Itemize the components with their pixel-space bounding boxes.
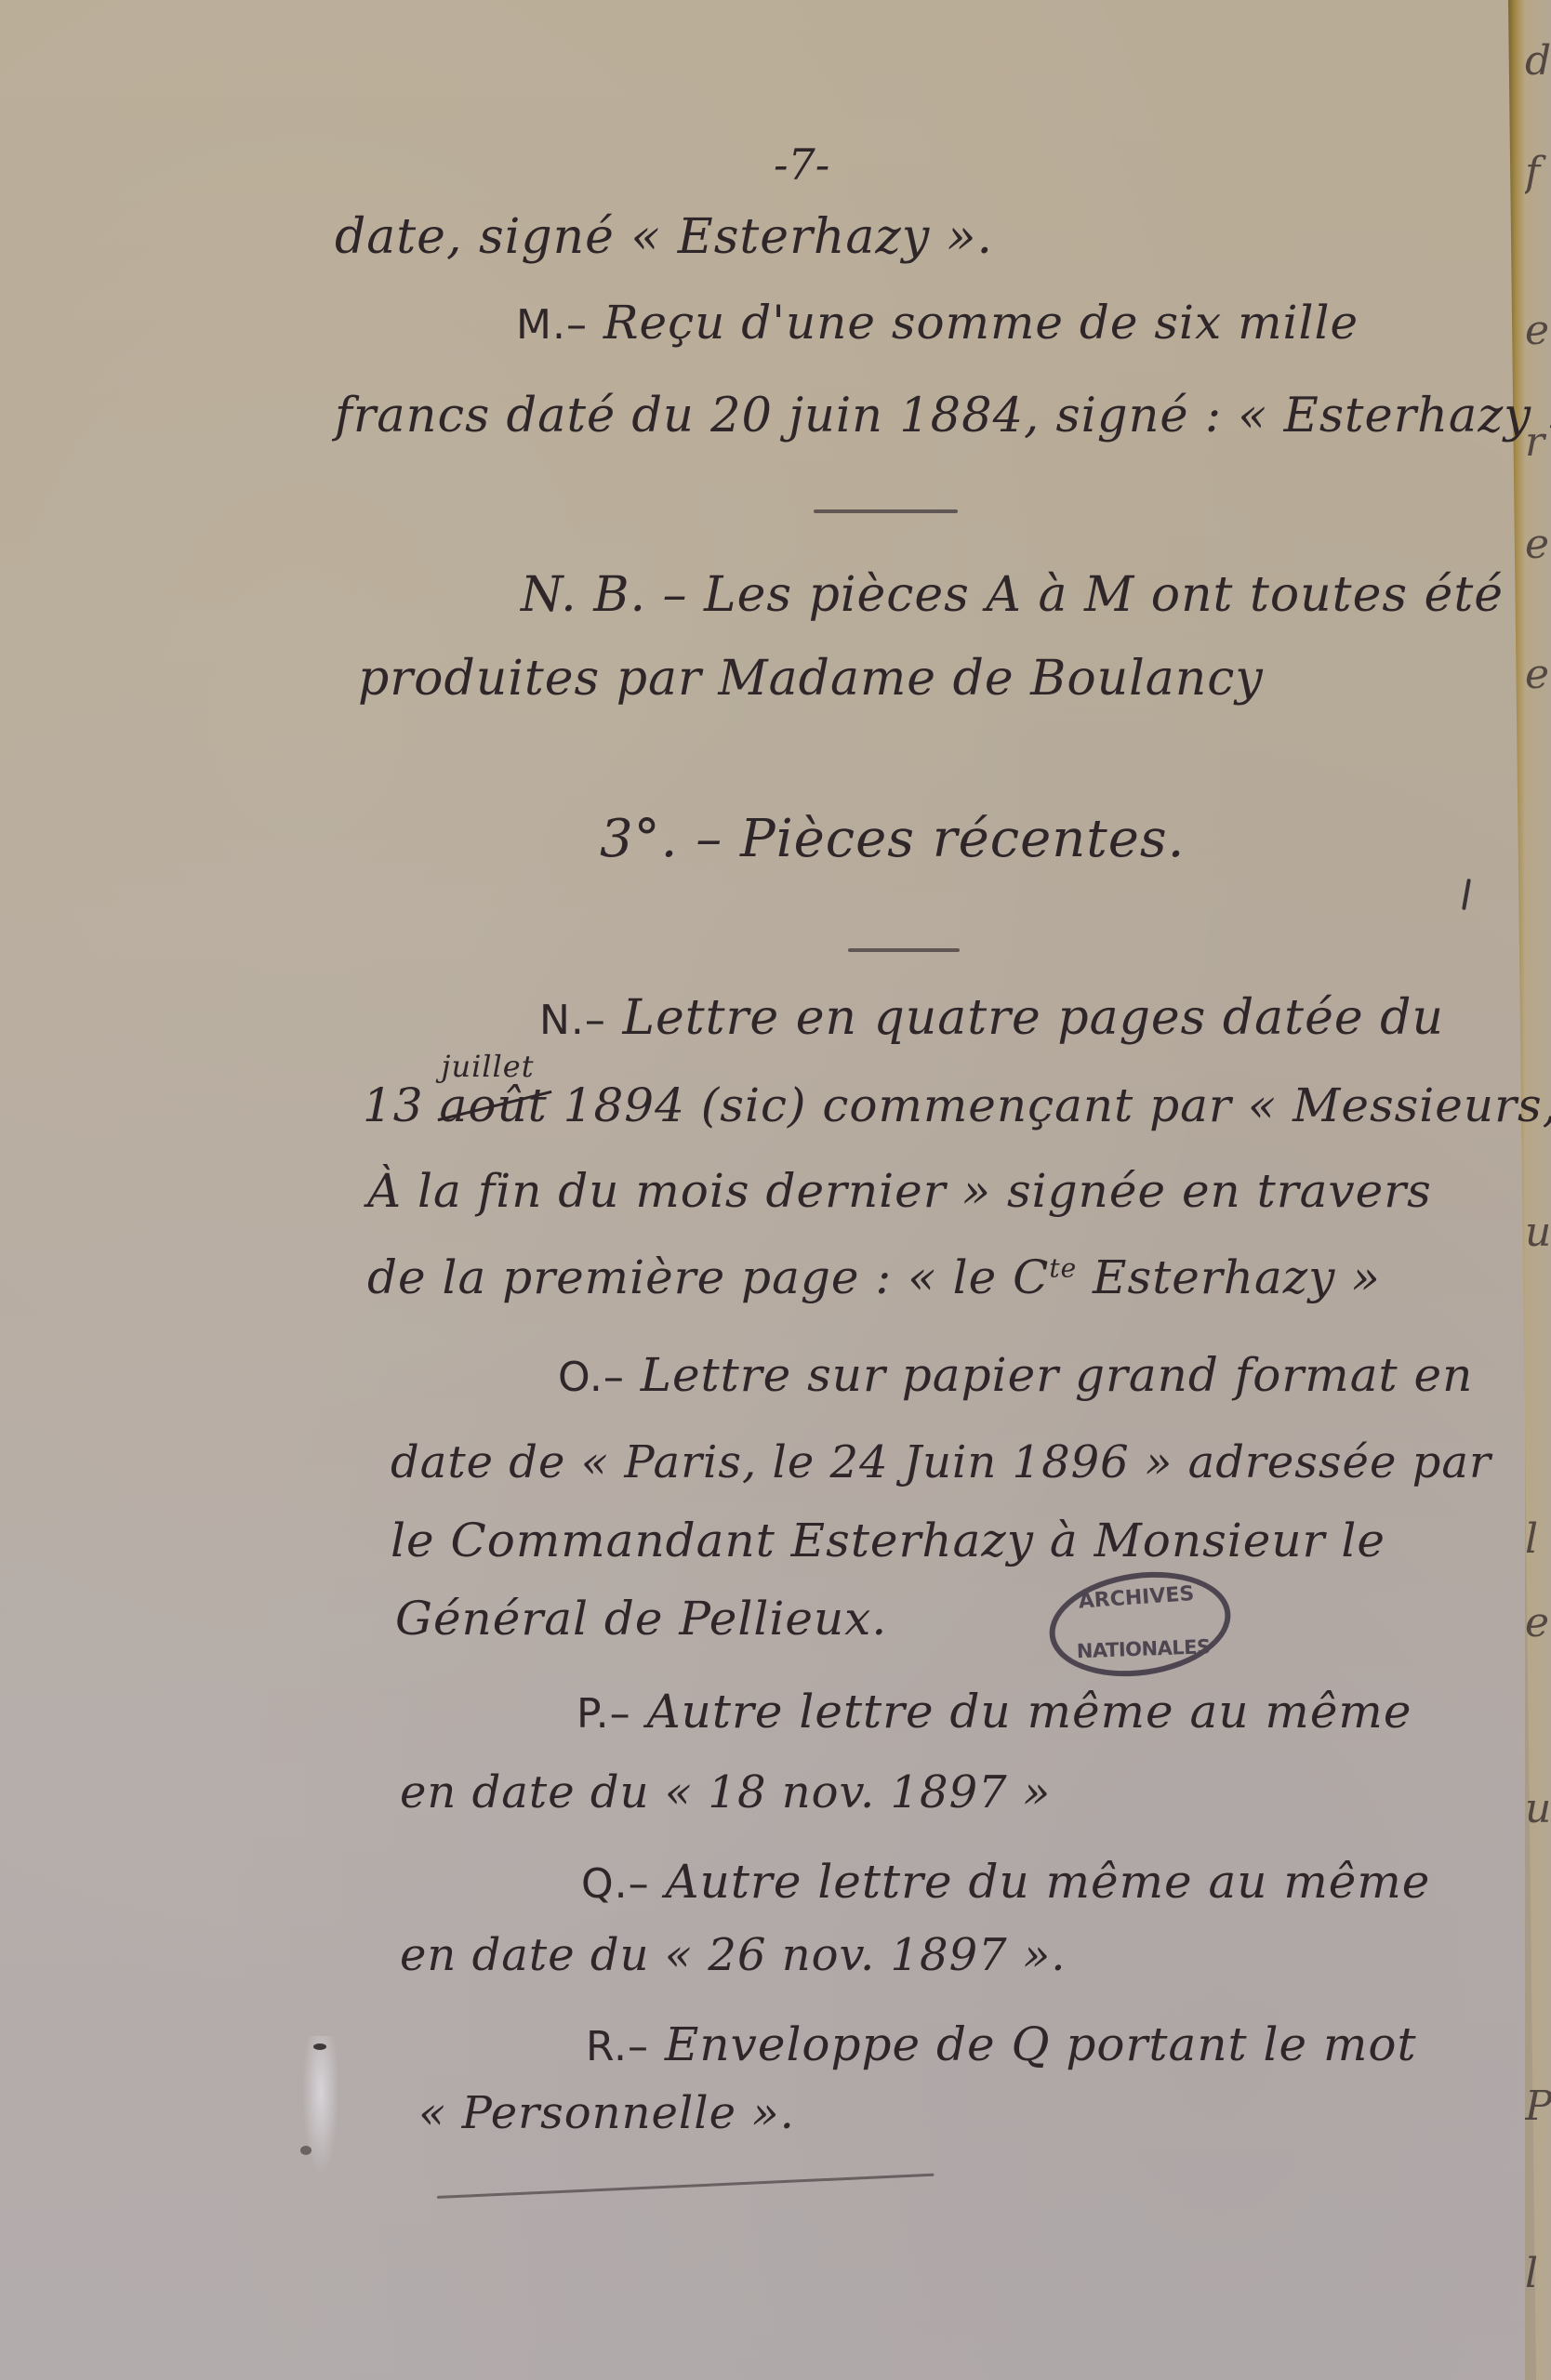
separator-line: [814, 509, 958, 513]
text-line: en date du « 18 nov. 1897 »: [400, 1766, 1051, 1818]
text-line: francs daté du 20 juin 1884, signé : « E…: [335, 389, 1551, 443]
text-line: À la fin du mois dernier » signée en tra…: [367, 1164, 1432, 1218]
superscript: te: [1049, 1252, 1077, 1283]
section-heading: 3°. – Pièces récentes.: [600, 809, 1185, 869]
adjacent-page-fragment: e: [1525, 1599, 1551, 1646]
text-line: Général de Pellieux.: [395, 1592, 887, 1646]
adjacent-page-fragment: u: [1525, 1785, 1551, 1832]
entry-N-date-line: 13 juillet août 1894 (sic) commençant pa…: [363, 1078, 1551, 1132]
date-rest: 1894 (sic) commençant par « Messieurs,: [563, 1078, 1551, 1132]
month-correction: juillet août: [440, 1078, 548, 1132]
text-line: produites par Madame de Boulancy: [358, 651, 1264, 707]
item-letter: O.–: [558, 1354, 625, 1401]
paper-damage-mark: [302, 2036, 339, 2175]
nb-label: N. B. –: [521, 567, 688, 623]
entry-O: O.– Lettre sur papier grand format en: [558, 1348, 1473, 1402]
item-letter: Q.–: [581, 1860, 650, 1908]
adjacent-page-fragment: d: [1525, 37, 1551, 85]
adjacent-page-fragment: e: [1525, 521, 1551, 568]
item-letter: R.–: [586, 2023, 649, 2070]
text-segment: Esterhazy »: [1077, 1250, 1381, 1304]
item-text: Lettre sur papier grand format en: [641, 1348, 1474, 1402]
item-letter: N.–: [539, 997, 606, 1044]
page-number: -7-: [774, 139, 829, 190]
adjacent-page-fragment: u: [1525, 1209, 1551, 1256]
nb-text: Les pièces A à M ont toutes été: [704, 567, 1504, 623]
text-line: date de « Paris, le 24 Juin 1896 » adres…: [391, 1436, 1491, 1488]
text-line: le Commandant Esterhazy à Monsieur le: [391, 1514, 1385, 1567]
adjacent-page-fragment: l: [1525, 1515, 1551, 1563]
struck-text: août: [440, 1078, 548, 1132]
adjacent-page-fragment: e: [1525, 651, 1551, 698]
date-day: 13: [363, 1078, 424, 1132]
item-text: Autre lettre du même au même: [647, 1685, 1412, 1739]
nota-bene: N. B. – Les pièces A à M ont toutes été: [521, 567, 1504, 623]
entry-R: R.– Enveloppe de Q portant le mot: [586, 2017, 1417, 2071]
item-text: Autre lettre du même au même: [666, 1855, 1431, 1909]
adjacent-page-fragment: l: [1525, 2250, 1551, 2297]
item-text: Lettre en quatre pages datée du: [622, 990, 1444, 1046]
text-line: date, signé « Esterhazy ».: [335, 209, 993, 265]
text-line: en date du « 26 nov. 1897 ».: [400, 1929, 1067, 1981]
adjacent-page-fragment: P: [1525, 2082, 1551, 2130]
item-text: Enveloppe de Q portant le mot: [665, 2017, 1417, 2071]
entry-N: N.– Lettre en quatre pages datée du: [539, 990, 1444, 1046]
text-line: de la première page : « le Cte Esterhazy…: [367, 1250, 1381, 1304]
entry-P: P.– Autre lettre du même au même: [577, 1685, 1412, 1739]
item-text: Reçu d'une somme de six mille: [603, 296, 1359, 350]
entry-Q: Q.– Autre lettre du même au même: [581, 1855, 1430, 1909]
entry-M: M.– Reçu d'une somme de six mille: [516, 296, 1359, 350]
item-letter: M.–: [516, 301, 588, 349]
adjacent-page-fragment: e: [1525, 307, 1551, 354]
adjacent-page-fragment: f: [1525, 149, 1551, 196]
item-letter: P.–: [577, 1690, 631, 1738]
text-line: « Personnelle ».: [418, 2087, 795, 2139]
text-segment: de la première page : « le C: [367, 1250, 1049, 1304]
separator-line: [848, 948, 960, 952]
